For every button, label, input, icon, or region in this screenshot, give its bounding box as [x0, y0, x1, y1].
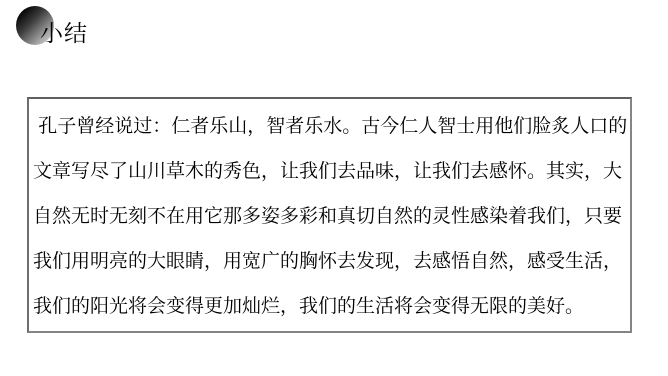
page-title: 小结	[40, 21, 88, 45]
body-line-4: 我们用明亮的大眼睛，用宽广的胸怀去发现，去感悟自然，感受生活，	[33, 239, 626, 284]
body-line-3: 自然无时无刻不在用它那多姿多彩和真切自然的灵性感染着我们，只要	[33, 194, 626, 239]
slide-title-group: 小结	[0, 0, 200, 60]
body-line-2: 文章写尽了山川草木的秀色，让我们去品味，让我们去感怀。其实，大	[33, 149, 626, 194]
body-line-5: 我们的阳光将会变得更加灿烂，我们的生活将会变得无限的美好。	[33, 284, 626, 329]
summary-text-box: 孔子曾经说过：仁者乐山，智者乐水。古今仁人智士用他们脸炙人口的 文章写尽了山川草…	[27, 97, 632, 333]
slide: 小结 孔子曾经说过：仁者乐山，智者乐水。古今仁人智士用他们脸炙人口的 文章写尽了…	[0, 0, 668, 376]
body-line-1: 孔子曾经说过：仁者乐山，智者乐水。古今仁人智士用他们脸炙人口的	[33, 104, 626, 149]
